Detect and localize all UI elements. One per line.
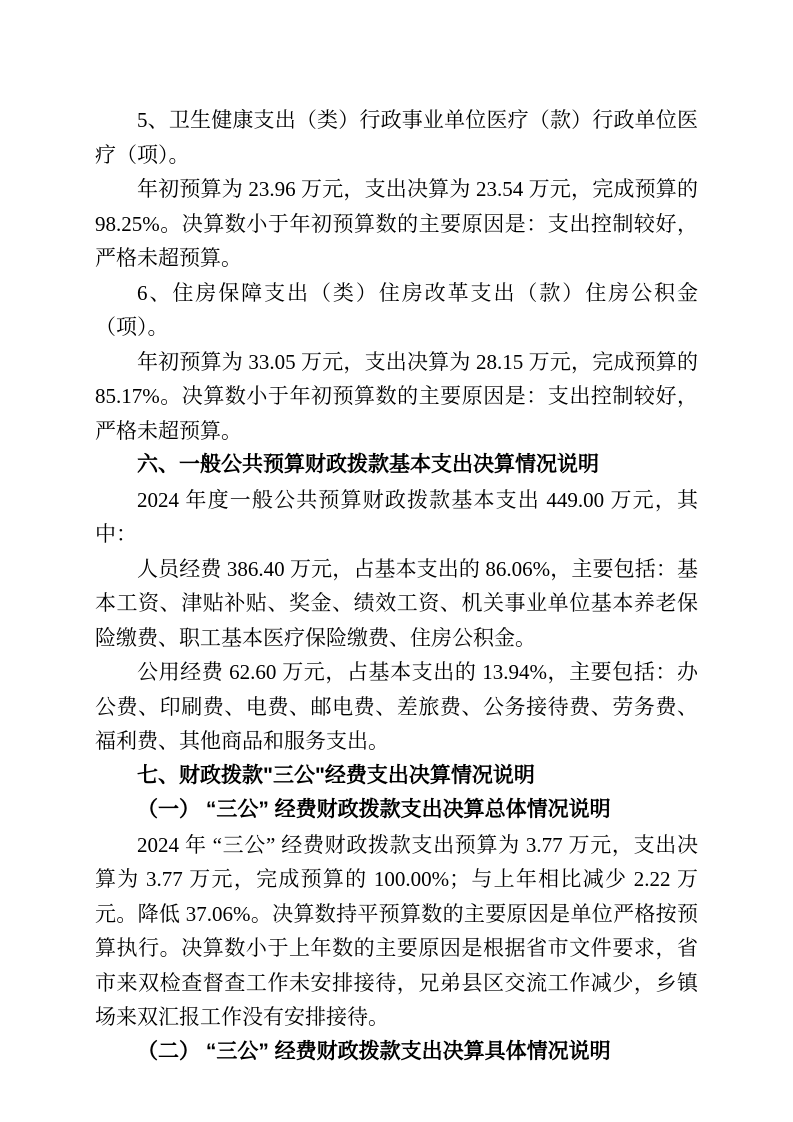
para-health-expense-title: 5、卫生健康支出（类）行政事业单位医疗（款）行政单位医疗（项）。 — [95, 103, 698, 172]
heading-section-six: 六、一般公共预算财政拨款基本支出决算情况说明 — [95, 448, 698, 483]
para-personnel-expense: 人员经费 386.40 万元，占基本支出的 86.06%，主要包括：基本工资、津… — [95, 552, 698, 656]
document-body: 5、卫生健康支出（类）行政事业单位医疗（款）行政单位医疗（项）。 年初预算为 2… — [95, 103, 698, 1069]
para-sangong-overview: 2024 年 “三公” 经费财政拨款支出预算为 3.77 万元，支出决算为 3.… — [95, 828, 698, 1035]
heading-subsection-two: （二） “三公” 经费财政拨款支出决算具体情况说明 — [95, 1035, 698, 1070]
para-housing-expense-detail: 年初预算为 33.05 万元，支出决算为 28.15 万元，完成预算的 85.1… — [95, 345, 698, 449]
para-basic-expense-total: 2024 年度一般公共预算财政拨款基本支出 449.00 万元，其中： — [95, 483, 698, 552]
heading-subsection-one: （一） “三公” 经费财政拨款支出决算总体情况说明 — [95, 793, 698, 828]
heading-section-seven: 七、财政拨款"三公"经费支出决算情况说明 — [95, 759, 698, 794]
para-housing-expense-title: 6、住房保障支出（类）住房改革支出（款）住房公积金（项）。 — [95, 276, 698, 345]
document-page: 5、卫生健康支出（类）行政事业单位医疗（款）行政单位医疗（项）。 年初预算为 2… — [0, 0, 793, 1122]
para-public-expense: 公用经费 62.60 万元，占基本支出的 13.94%，主要包括：办公费、印刷费… — [95, 655, 698, 759]
para-health-expense-detail: 年初预算为 23.96 万元，支出决算为 23.54 万元，完成预算的 98.2… — [95, 172, 698, 276]
